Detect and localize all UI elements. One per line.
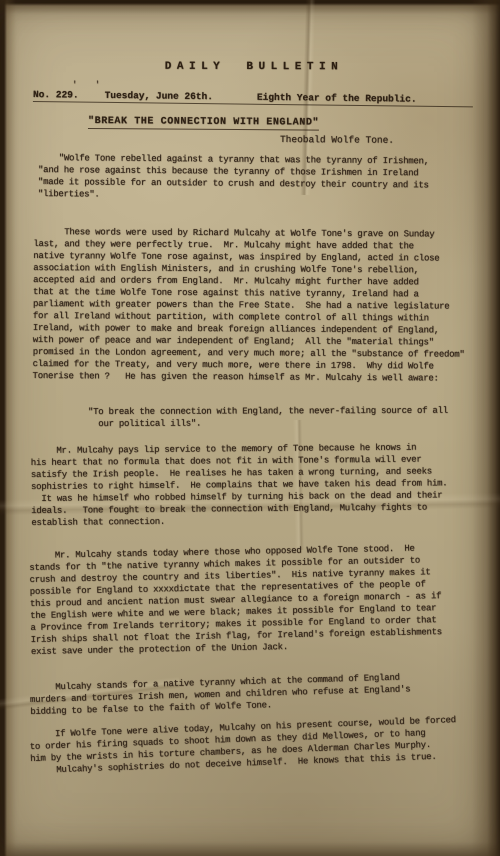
text-line: our political ills". [88, 417, 475, 430]
attribution-wolfe-tone: Theobald Wolfe Tone. [280, 134, 475, 146]
republic-year: Eighth Year of the Republic. [257, 92, 473, 106]
text-line: establish that connection. [31, 513, 475, 529]
blockquote-tone-quote: "To break the connection with England, t… [88, 405, 475, 430]
paragraph-opening-quotation: "Wolfe Tone rebelled against a tyranny t… [38, 152, 475, 204]
masthead-title: DAILY BULLETIN [33, 60, 475, 73]
ink-stray-marks: ' ' [72, 80, 106, 90]
issue-date: Tuesday, June 26th. [105, 90, 257, 103]
dateline: No. 229. Tuesday, June 26th. Eighth Year… [33, 89, 473, 107]
bulletin-content: DAILY BULLETIN ' ' No. 229. Tuesday, Jun… [0, 0, 500, 856]
text-line: Tonerise then ? He has given the reason … [33, 370, 475, 385]
text-line: "To break the connection with England, t… [88, 405, 475, 418]
article-headline: "BREAK THE CONNECTION WITH ENGLAND" [88, 116, 319, 131]
paragraph-if-tone-alive: If Wolfe Tone were alive today, Mulcahy … [29, 713, 475, 777]
paragraph-lip-service: Mr. Mulcahy pays lip service to the memo… [31, 441, 476, 529]
paragraph-where-mulcahy-stands: Mr. Mulcahy stands today where those who… [29, 541, 476, 658]
issue-number: No. 229. [33, 89, 105, 101]
paragraph-mulcahy-grave-speech: These words were used by Richard Mulcahy… [33, 226, 476, 385]
scanned-page: DAILY BULLETIN ' ' No. 229. Tuesday, Jun… [0, 0, 500, 856]
paragraph-native-tyranny: Mulcahy stands for a native tyranny whic… [29, 670, 475, 718]
